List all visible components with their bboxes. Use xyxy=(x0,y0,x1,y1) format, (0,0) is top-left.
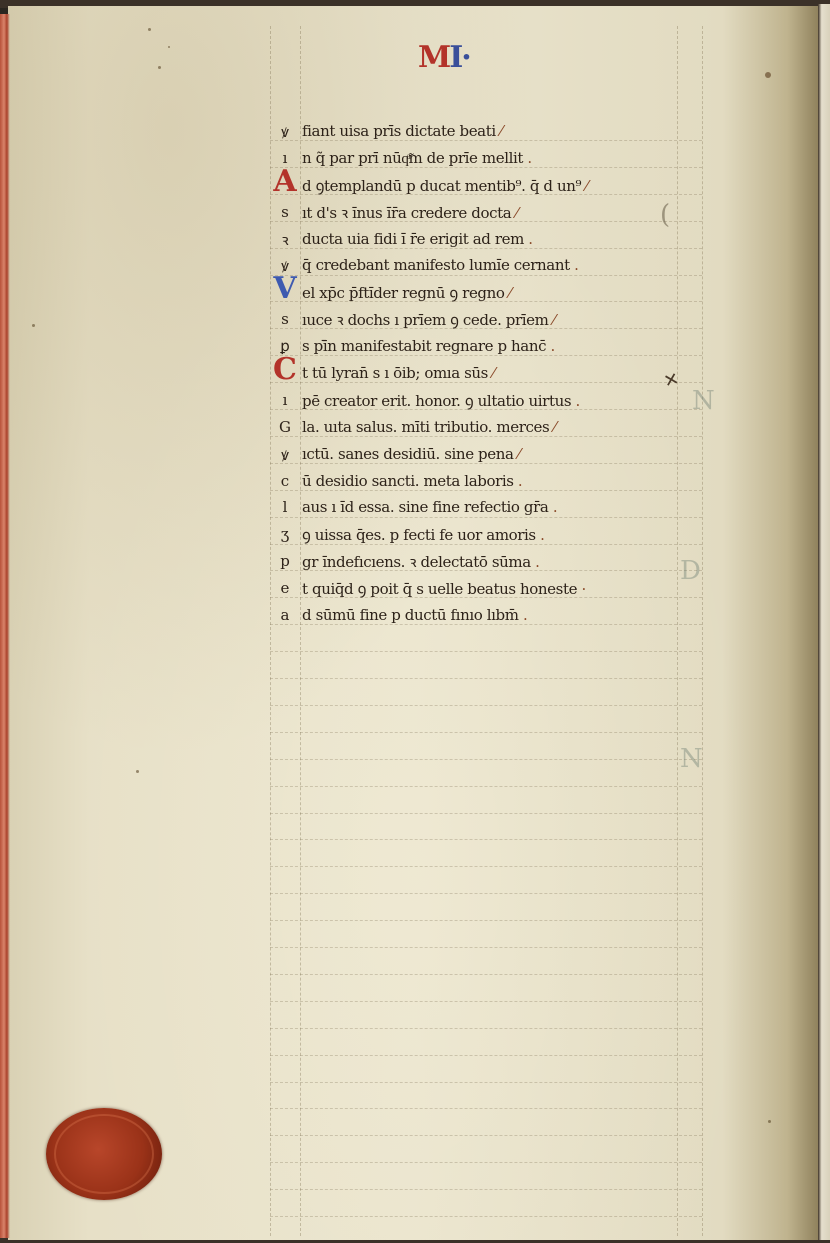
line-initial: p xyxy=(272,552,298,570)
foxing-spot xyxy=(765,72,771,78)
line-initial: e xyxy=(272,579,298,597)
ruling-line xyxy=(270,920,702,921)
line-text-body: ꝯ uissa q̄es. p fecti fe uor amoris xyxy=(302,526,536,544)
line-text: fiant uisa prīs dictate beati ⁄ xyxy=(302,122,502,140)
ruling-line xyxy=(270,786,702,787)
ruling-line-vertical xyxy=(702,26,703,1236)
line-text: la. uıta salus. mīti tributio. merces ⁄ xyxy=(302,418,556,436)
line-text: s pī̄n manifestabit regnare p hanc̄ . xyxy=(302,337,555,355)
line-text: d sūmū fine p ductū fınıo lıbm̄ . xyxy=(302,606,527,624)
page-edge-right xyxy=(818,4,830,1240)
line-text-body: d ꝯtemplandū p ducat mentib⁹. q̄ d un⁹ xyxy=(302,177,581,195)
folio-number: MI· xyxy=(418,40,470,75)
line-text-body: t tū lyran̄ s ı ōib; omıa sūs xyxy=(302,364,488,382)
line-end-mark: . xyxy=(518,472,522,490)
line-end-mark: . xyxy=(523,606,527,624)
line-initial: ꝛ xyxy=(272,230,298,250)
line-end-mark: . xyxy=(553,498,557,516)
ruling-line xyxy=(270,839,702,840)
line-end-mark: . xyxy=(540,526,544,544)
line-text-body: s pī̄n manifestabit regnare p hanc̄ xyxy=(302,337,546,355)
line-text-body: el xp̄c p̄ftı̄der regnū ꝯ regno xyxy=(302,284,505,302)
line-text: q̄ credebant manifesto lumı̄e cernant . xyxy=(302,256,579,274)
folio-letter-blue: I xyxy=(449,40,461,75)
offset-trace-letter: D xyxy=(680,556,701,586)
line-end-mark: ⁄ xyxy=(554,418,556,436)
line-text-body: ū desidio sancti. meta laboris xyxy=(302,472,514,490)
foxing-spot xyxy=(158,66,161,69)
ruling-line xyxy=(270,678,702,679)
ruling-line xyxy=(270,355,702,356)
line-end-mark: . xyxy=(551,337,555,355)
line-text-body: q̄ credebant manifesto lumı̄e cernant xyxy=(302,256,570,274)
line-text-body: ducta uia fidi ı̄ r̄e erigit ad rem xyxy=(302,230,524,248)
ruling-line xyxy=(270,382,702,383)
ruling-line xyxy=(270,1082,702,1083)
decorated-initial: C xyxy=(272,352,298,387)
ruling-line xyxy=(270,1216,702,1217)
foxing-spot xyxy=(148,28,151,31)
line-initial: ꝟ xyxy=(272,122,298,142)
decorated-initial: V xyxy=(272,271,298,306)
line-text-body: ıctū. sanes desidiū. sine pena xyxy=(302,445,514,463)
line-initial: ꝟ xyxy=(272,445,298,465)
ruling-line xyxy=(270,436,702,437)
line-text: aus ı ı̄d essa. sine fine refectio gr̄a … xyxy=(302,498,557,516)
line-end-mark: ⁄ xyxy=(586,177,588,195)
line-end-mark: ⁄ xyxy=(492,364,494,382)
line-text-body: la. uıta salus. mīti tributio. merces xyxy=(302,418,549,436)
line-text: ꝯ uissa q̄es. p fecti fe uor amoris . xyxy=(302,525,544,545)
line-end-mark: ⁄ xyxy=(500,122,502,140)
line-text: t tū lyran̄ s ı ōib; omıa sūs ⁄ xyxy=(302,364,494,382)
line-initial: ʒ xyxy=(272,525,298,543)
line-end-mark: ⁄ xyxy=(518,445,520,463)
line-text-body: fiant uisa prīs dictate beati xyxy=(302,122,496,140)
ruling-line xyxy=(270,974,702,975)
ruling-line xyxy=(270,651,702,652)
ruling-line xyxy=(270,759,702,760)
ruling-line xyxy=(270,947,702,948)
line-text: pē creator erit. honor. ꝯ ultatio uirtus… xyxy=(302,391,580,411)
ruling-line xyxy=(270,732,702,733)
foxing-spot xyxy=(768,1120,771,1123)
line-initial: G xyxy=(272,418,298,436)
ruling-line xyxy=(270,1108,702,1109)
line-end-mark: ⁄ xyxy=(553,311,555,329)
ruling-line xyxy=(270,275,702,276)
page-edge-left xyxy=(0,14,10,1238)
ruling-line xyxy=(270,866,702,867)
offset-trace-letter: N xyxy=(680,744,703,774)
line-initial: ı xyxy=(272,391,298,409)
wax-seal xyxy=(46,1108,162,1200)
ruling-line xyxy=(270,1189,702,1190)
folio-dot: · xyxy=(461,40,469,75)
ruling-line xyxy=(270,1135,702,1136)
line-end-mark: . xyxy=(527,149,531,167)
line-text-body: n q̃ par prī nūqͣ̃m de prīe mellit xyxy=(302,149,523,167)
ruling-line xyxy=(270,1055,702,1056)
line-text: ū desidio sancti. meta laboris . xyxy=(302,472,522,490)
line-text-body: d sūmū fine p ductū fınıo lıbm̄ xyxy=(302,606,519,624)
line-initial: l xyxy=(272,498,298,516)
line-text: el xp̄c p̄ftı̄der regnū ꝯ regno ⁄ xyxy=(302,283,511,303)
ruling-line xyxy=(270,490,702,491)
ruling-line xyxy=(270,813,702,814)
line-end-mark: ⁄ xyxy=(509,284,511,302)
ruling-line xyxy=(270,893,702,894)
line-end-mark: . xyxy=(528,230,532,248)
line-end-mark: . xyxy=(576,392,580,410)
line-end-mark: · xyxy=(581,580,585,598)
ruling-line xyxy=(270,624,702,625)
line-initial: s xyxy=(272,310,298,328)
line-text: ıctū. sanes desidiū. sine pena ⁄ xyxy=(302,445,520,463)
line-end-mark: . xyxy=(535,553,539,571)
line-text: ıuce ꝛ dochs ı prīem ꝯ cede. prīem ⁄ xyxy=(302,310,555,330)
foxing-spot xyxy=(136,770,139,773)
line-initial: c xyxy=(272,472,298,490)
folio-letter-red: M xyxy=(418,40,449,75)
line-text: ducta uia fidi ı̄ r̄e erigit ad rem . xyxy=(302,230,533,248)
line-text: n q̃ par prī nūqͣ̃m de prīe mellit . xyxy=(302,149,532,168)
line-initial: a xyxy=(272,606,298,624)
ruling-line xyxy=(270,140,702,141)
line-text: ıt d's ꝛ ı̄nus ı̄r̄a credere docta ⁄ xyxy=(302,203,518,223)
line-text-body: ıt d's ꝛ ı̄nus ı̄r̄a credere docta xyxy=(302,204,511,222)
line-text-body: aus ı ı̄d essa. sine fine refectio gr̄a xyxy=(302,498,548,516)
line-text: gr ı̄ndefıcıens. ꝛ delectatō sūma . xyxy=(302,552,540,572)
line-text: d ꝯtemplandū p ducat mentib⁹. q̄ d un⁹ ⁄ xyxy=(302,176,588,196)
line-text-body: pē creator erit. honor. ꝯ ultatio uirtus xyxy=(302,392,571,410)
ruling-line xyxy=(270,463,702,464)
line-initial: s xyxy=(272,203,298,221)
ruling-line xyxy=(270,248,702,249)
margin-bracket-mark: ( xyxy=(660,200,670,230)
wax-seal-ring xyxy=(54,1114,154,1194)
foxing-spot xyxy=(32,324,35,327)
ruling-line xyxy=(270,1001,702,1002)
foxing-spot xyxy=(168,46,170,48)
line-text-body: t quiq̄d ꝯ poit q̄ s uelle beatus honest… xyxy=(302,580,577,598)
decorated-initial: A xyxy=(272,164,298,199)
offset-trace-letter: N xyxy=(692,386,715,416)
ruling-line xyxy=(270,1028,702,1029)
ruling-line xyxy=(270,517,702,518)
line-end-mark: ⁄ xyxy=(516,204,518,222)
line-text-body: ıuce ꝛ dochs ı prīem ꝯ cede. prīem xyxy=(302,311,548,329)
line-text-body: gr ı̄ndefıcıens. ꝛ delectatō sūma xyxy=(302,553,531,571)
ruling-line xyxy=(270,705,702,706)
line-text: t quiq̄d ꝯ poit q̄ s uelle beatus honest… xyxy=(302,579,586,599)
line-end-mark: . xyxy=(574,256,578,274)
ruling-line xyxy=(270,1162,702,1163)
